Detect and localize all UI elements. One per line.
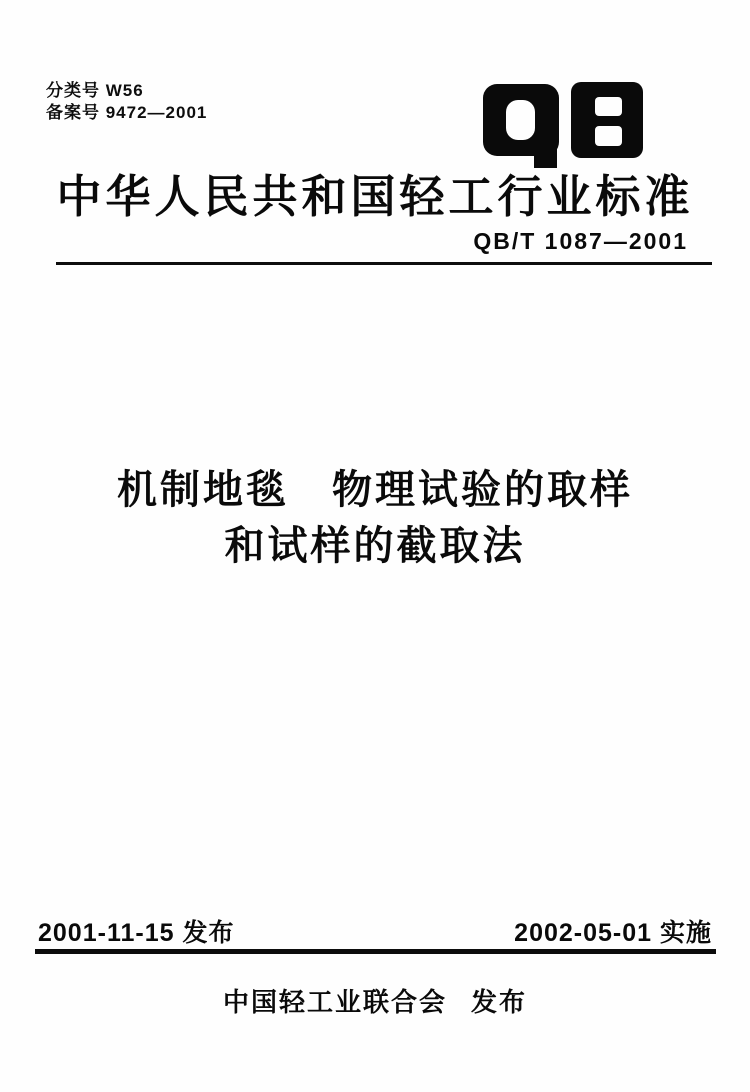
document-title: 机制地毯 物理试验的取样 和试样的截取法 xyxy=(0,462,750,574)
standard-cover-page: 分类号 W56 备案号 9472—2001 QB 中华人民共和国轻工行业标准 Q… xyxy=(0,0,750,1092)
document-title-line1: 机制地毯 物理试验的取样 xyxy=(0,462,750,518)
publish-label: 发布 xyxy=(471,987,527,1017)
qb-logo: QB xyxy=(483,78,643,170)
qb-logo-mark xyxy=(483,78,643,170)
classification-number: 分类号 W56 xyxy=(46,80,207,102)
dates-row: 2001-11-15 发布 2002-05-01 实施 xyxy=(38,913,712,949)
record-number: 备案号 9472—2001 xyxy=(46,102,207,124)
issue-date: 2001-11-15 发布 xyxy=(38,913,234,949)
footer-divider xyxy=(35,949,716,954)
standard-number: QB/T 1087—2001 xyxy=(473,228,688,255)
issuer-row: 中国轻工业联合会发布 xyxy=(0,982,750,1019)
implement-date: 2002-05-01 实施 xyxy=(514,913,712,949)
issuer-name: 中国轻工业联合会 xyxy=(223,987,447,1017)
header-divider xyxy=(56,262,712,265)
standard-heading: 中华人民共和国轻工行业标准 xyxy=(0,172,750,222)
classification-block: 分类号 W56 备案号 9472—2001 xyxy=(46,80,207,124)
document-title-line2: 和试样的截取法 xyxy=(0,518,750,574)
